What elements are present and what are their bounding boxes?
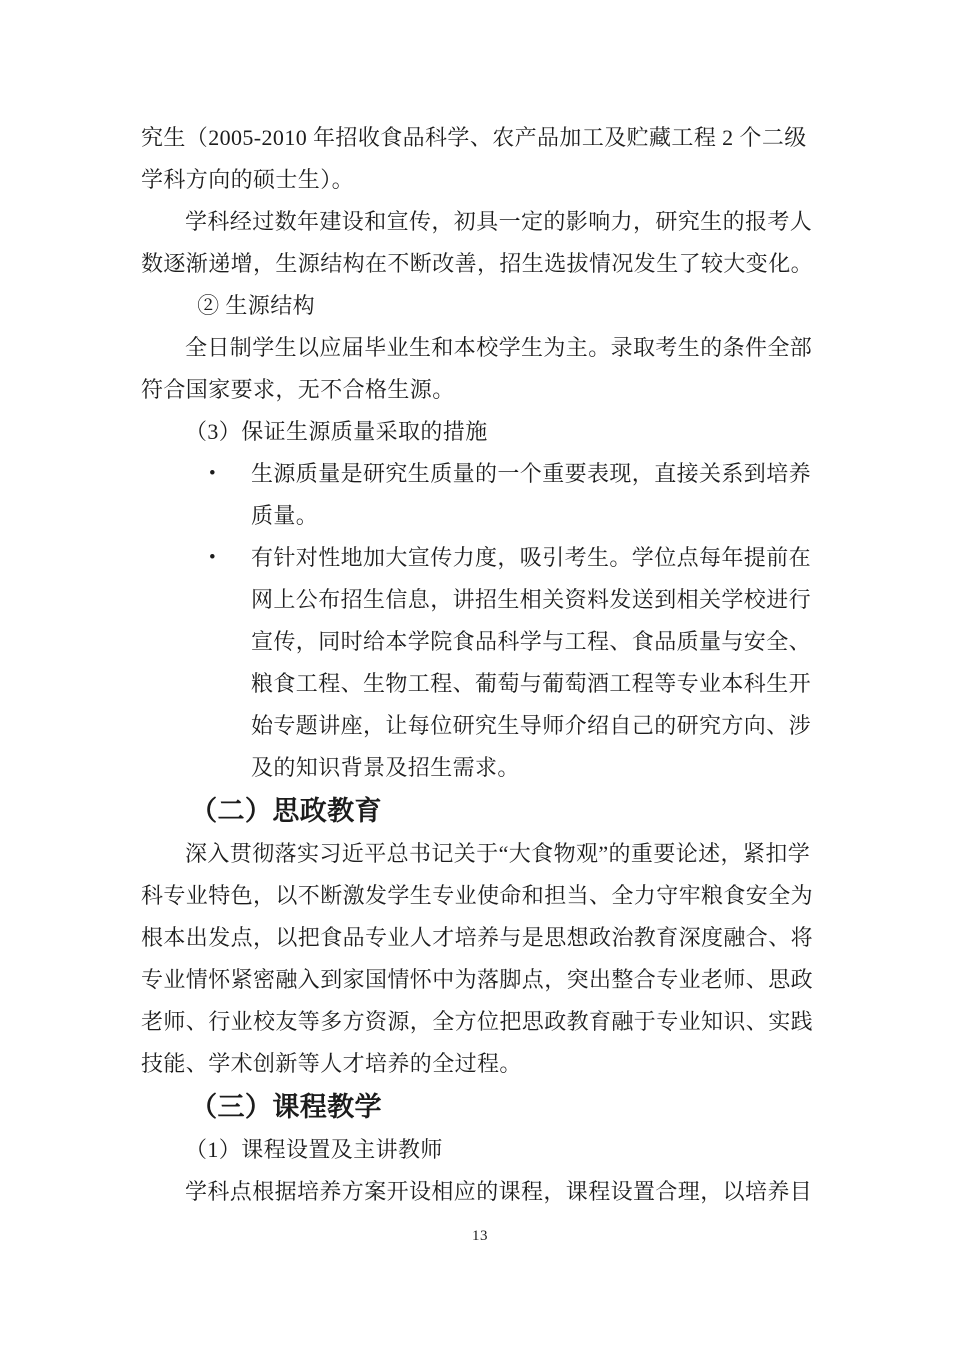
bullet-icon: • xyxy=(209,453,216,495)
paragraph-course-setup: 学科点根据培养方案开设相应的课程，课程设置合理，以培养目 xyxy=(141,1171,863,1213)
bullet-item-text: 有针对性地加大宣传力度，吸引考生。学位点每年提前在 网上公布招生信息，讲招生相关… xyxy=(251,537,863,789)
document-page: 究生（2005-2010 年招收食品科学、农产品加工及贮藏工程 2 个二级 学科… xyxy=(0,0,960,1357)
paragraph-ideological-education: 深入贯彻落实习近平总书记关于“大食物观”的重要论述，紧扣学 科专业特色，以不断激… xyxy=(141,833,863,1085)
section-heading-ideological-education: （二）思政教育 xyxy=(141,789,863,833)
paragraph-fulltime-students: 全日制学生以应届毕业生和本校学生为主。录取考生的条件全部 符合国家要求，无不合格… xyxy=(141,327,863,411)
page-number: 13 xyxy=(0,1226,960,1246)
sub-heading-measures: （3）保证生源质量采取的措施 xyxy=(141,411,863,453)
paragraph-intro-continuation: 究生（2005-2010 年招收食品科学、农产品加工及贮藏工程 2 个二级 学科… xyxy=(141,117,863,201)
section-heading-course-teaching: （三）课程教学 xyxy=(141,1085,863,1129)
bullet-item-text: 生源质量是研究生质量的一个重要表现，直接关系到培养 质量。 xyxy=(251,453,863,537)
list-item: • 有针对性地加大宣传力度，吸引考生。学位点每年提前在 网上公布招生信息，讲招生… xyxy=(141,537,863,789)
bullet-icon: • xyxy=(209,537,216,579)
paragraph-discipline-growth: 学科经过数年建设和宣传，初具一定的影响力，研究生的报考人 数逐渐递增，生源结构在… xyxy=(141,201,863,285)
item-source-structure: ② 生源结构 xyxy=(141,285,863,327)
sub-heading-course-setup: （1）课程设置及主讲教师 xyxy=(141,1129,863,1171)
list-item: • 生源质量是研究生质量的一个重要表现，直接关系到培养 质量。 xyxy=(141,453,863,537)
measures-bullet-list: • 生源质量是研究生质量的一个重要表现，直接关系到培养 质量。 • 有针对性地加… xyxy=(141,453,863,789)
document-body: 究生（2005-2010 年招收食品科学、农产品加工及贮藏工程 2 个二级 学科… xyxy=(141,117,863,1213)
